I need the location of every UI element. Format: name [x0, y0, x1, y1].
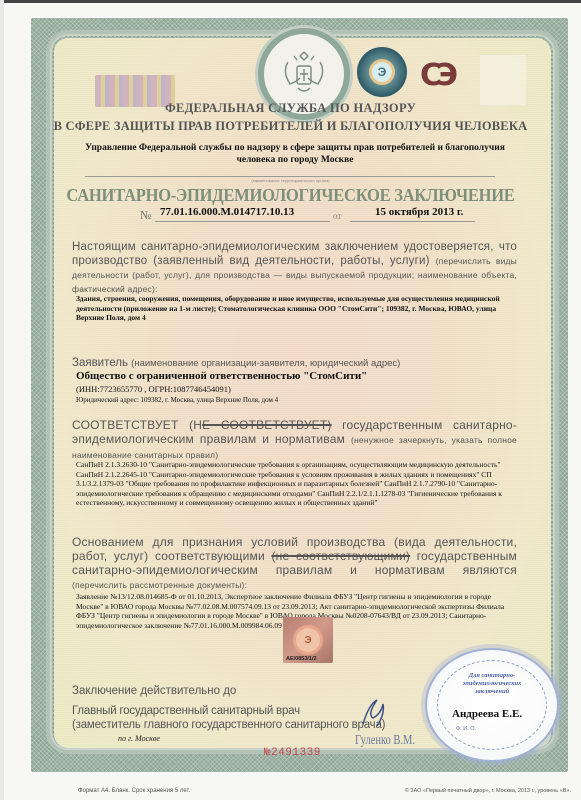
number-label: № [140, 208, 151, 223]
compliance-status: СООТВЕТСТВУЕТ [72, 418, 179, 432]
hologram-ring: Э [293, 625, 323, 655]
city-label: по г. Москве [118, 734, 160, 743]
applicant-address: Юридический адрес: 109382, г. Москва, ул… [76, 396, 278, 404]
date-label: от [333, 211, 341, 221]
department-underline [85, 176, 495, 177]
document-number: 77.01.16.000.М.014717.10.13 [160, 206, 294, 218]
document-title: САНИТАРНО-ЭПИДЕМИОЛОГИЧЕСКОЕ ЗАКЛЮЧЕНИЕ [23, 185, 558, 206]
basis-statement: Основанием для признания условий произво… [72, 535, 517, 592]
hologram-letter: Э [369, 59, 395, 85]
sanitary-hologram-seal-icon: Э [357, 47, 407, 97]
sanitary-rules-list: СанПиН 2.1.3.2630-10 "Санитарно-эпидемио… [76, 460, 516, 508]
stamp-person-name: Андреева Е.Е. [452, 708, 522, 720]
applicant-ids: (ИНН:7723655770 , ОГРН:1087746454091) [76, 384, 231, 394]
form-serial-number: №2491339 [264, 747, 321, 759]
footer-format-note: Формат А4. Бланк. Срок хранения 5 лет. [78, 788, 190, 794]
certification-intro: Настоящим санитарно-эпидемиологическим з… [72, 240, 517, 296]
compliance-statement: СООТВЕТСТВУЕТ (НЕ СООТВЕТСТВУЕТ) государ… [72, 418, 517, 462]
stamp-center-text: Для санитарно-эпидемиологических заключе… [457, 672, 527, 696]
chief-doctor-title: Главный государственный санитарный врач [72, 705, 300, 717]
scan-top-edge [0, 0, 581, 3]
struck-noncompliance: Е СООТВЕТСТВУЕТ) [202, 418, 331, 432]
handwritten-signature-icon [355, 690, 395, 730]
department-caption: (наименование территориального органа) [0, 178, 581, 183]
hologram-serial: АЕ/0853/1/2 [286, 656, 317, 662]
applicant-label-note: (наименование организации-заявителя, юри… [131, 358, 400, 369]
watermark-area [480, 55, 526, 105]
applicant-name: Общество с ограниченной ответственностью… [76, 370, 367, 382]
chief-deputy-title: (заместитель главного государственного с… [72, 719, 385, 731]
signer-name-stamp: Гуленко В.М. [355, 733, 415, 749]
official-round-stamp: Для санитарно-эпидемиологических заключе… [425, 648, 559, 762]
object-description: Здания, строения, сооружения, помещения,… [76, 294, 516, 323]
stamp-bottom-text: Ф. И. О. [456, 726, 476, 732]
date-underline [350, 221, 475, 222]
footer-printer-note: © ЗАО «Первый печатный двор», г. Москва,… [405, 788, 571, 794]
basis-note: (перечислить рассмотренные документы): [72, 580, 247, 590]
document-date: 15 октября 2013 г. [375, 206, 463, 218]
agency-title-line1: ФЕДЕРАЛЬНАЯ СЛУЖБА ПО НАДЗОРУ [0, 101, 581, 116]
compliance-open-paren: (Н [189, 418, 202, 432]
valid-until-label: Заключение действительно до [72, 685, 236, 697]
applicant-label-text: Заявитель [72, 357, 128, 369]
applicant-label: Заявитель (наименование организации-заяв… [72, 357, 400, 369]
se-logo-icon: СЭ [420, 58, 452, 93]
number-underline [155, 221, 330, 222]
hologram-sticker-icon: Э АЕ/0853/1/2 [283, 617, 333, 663]
department-name: Управление Федеральной службы по надзору… [70, 142, 520, 166]
agency-title-line2: В СФЕРЕ ЗАЩИТЫ ПРАВ ПОТРЕБИТЕЛЕЙ И БЛАГО… [0, 119, 581, 134]
struck-noncompliance-basis: (не соответствующими) [271, 549, 410, 563]
